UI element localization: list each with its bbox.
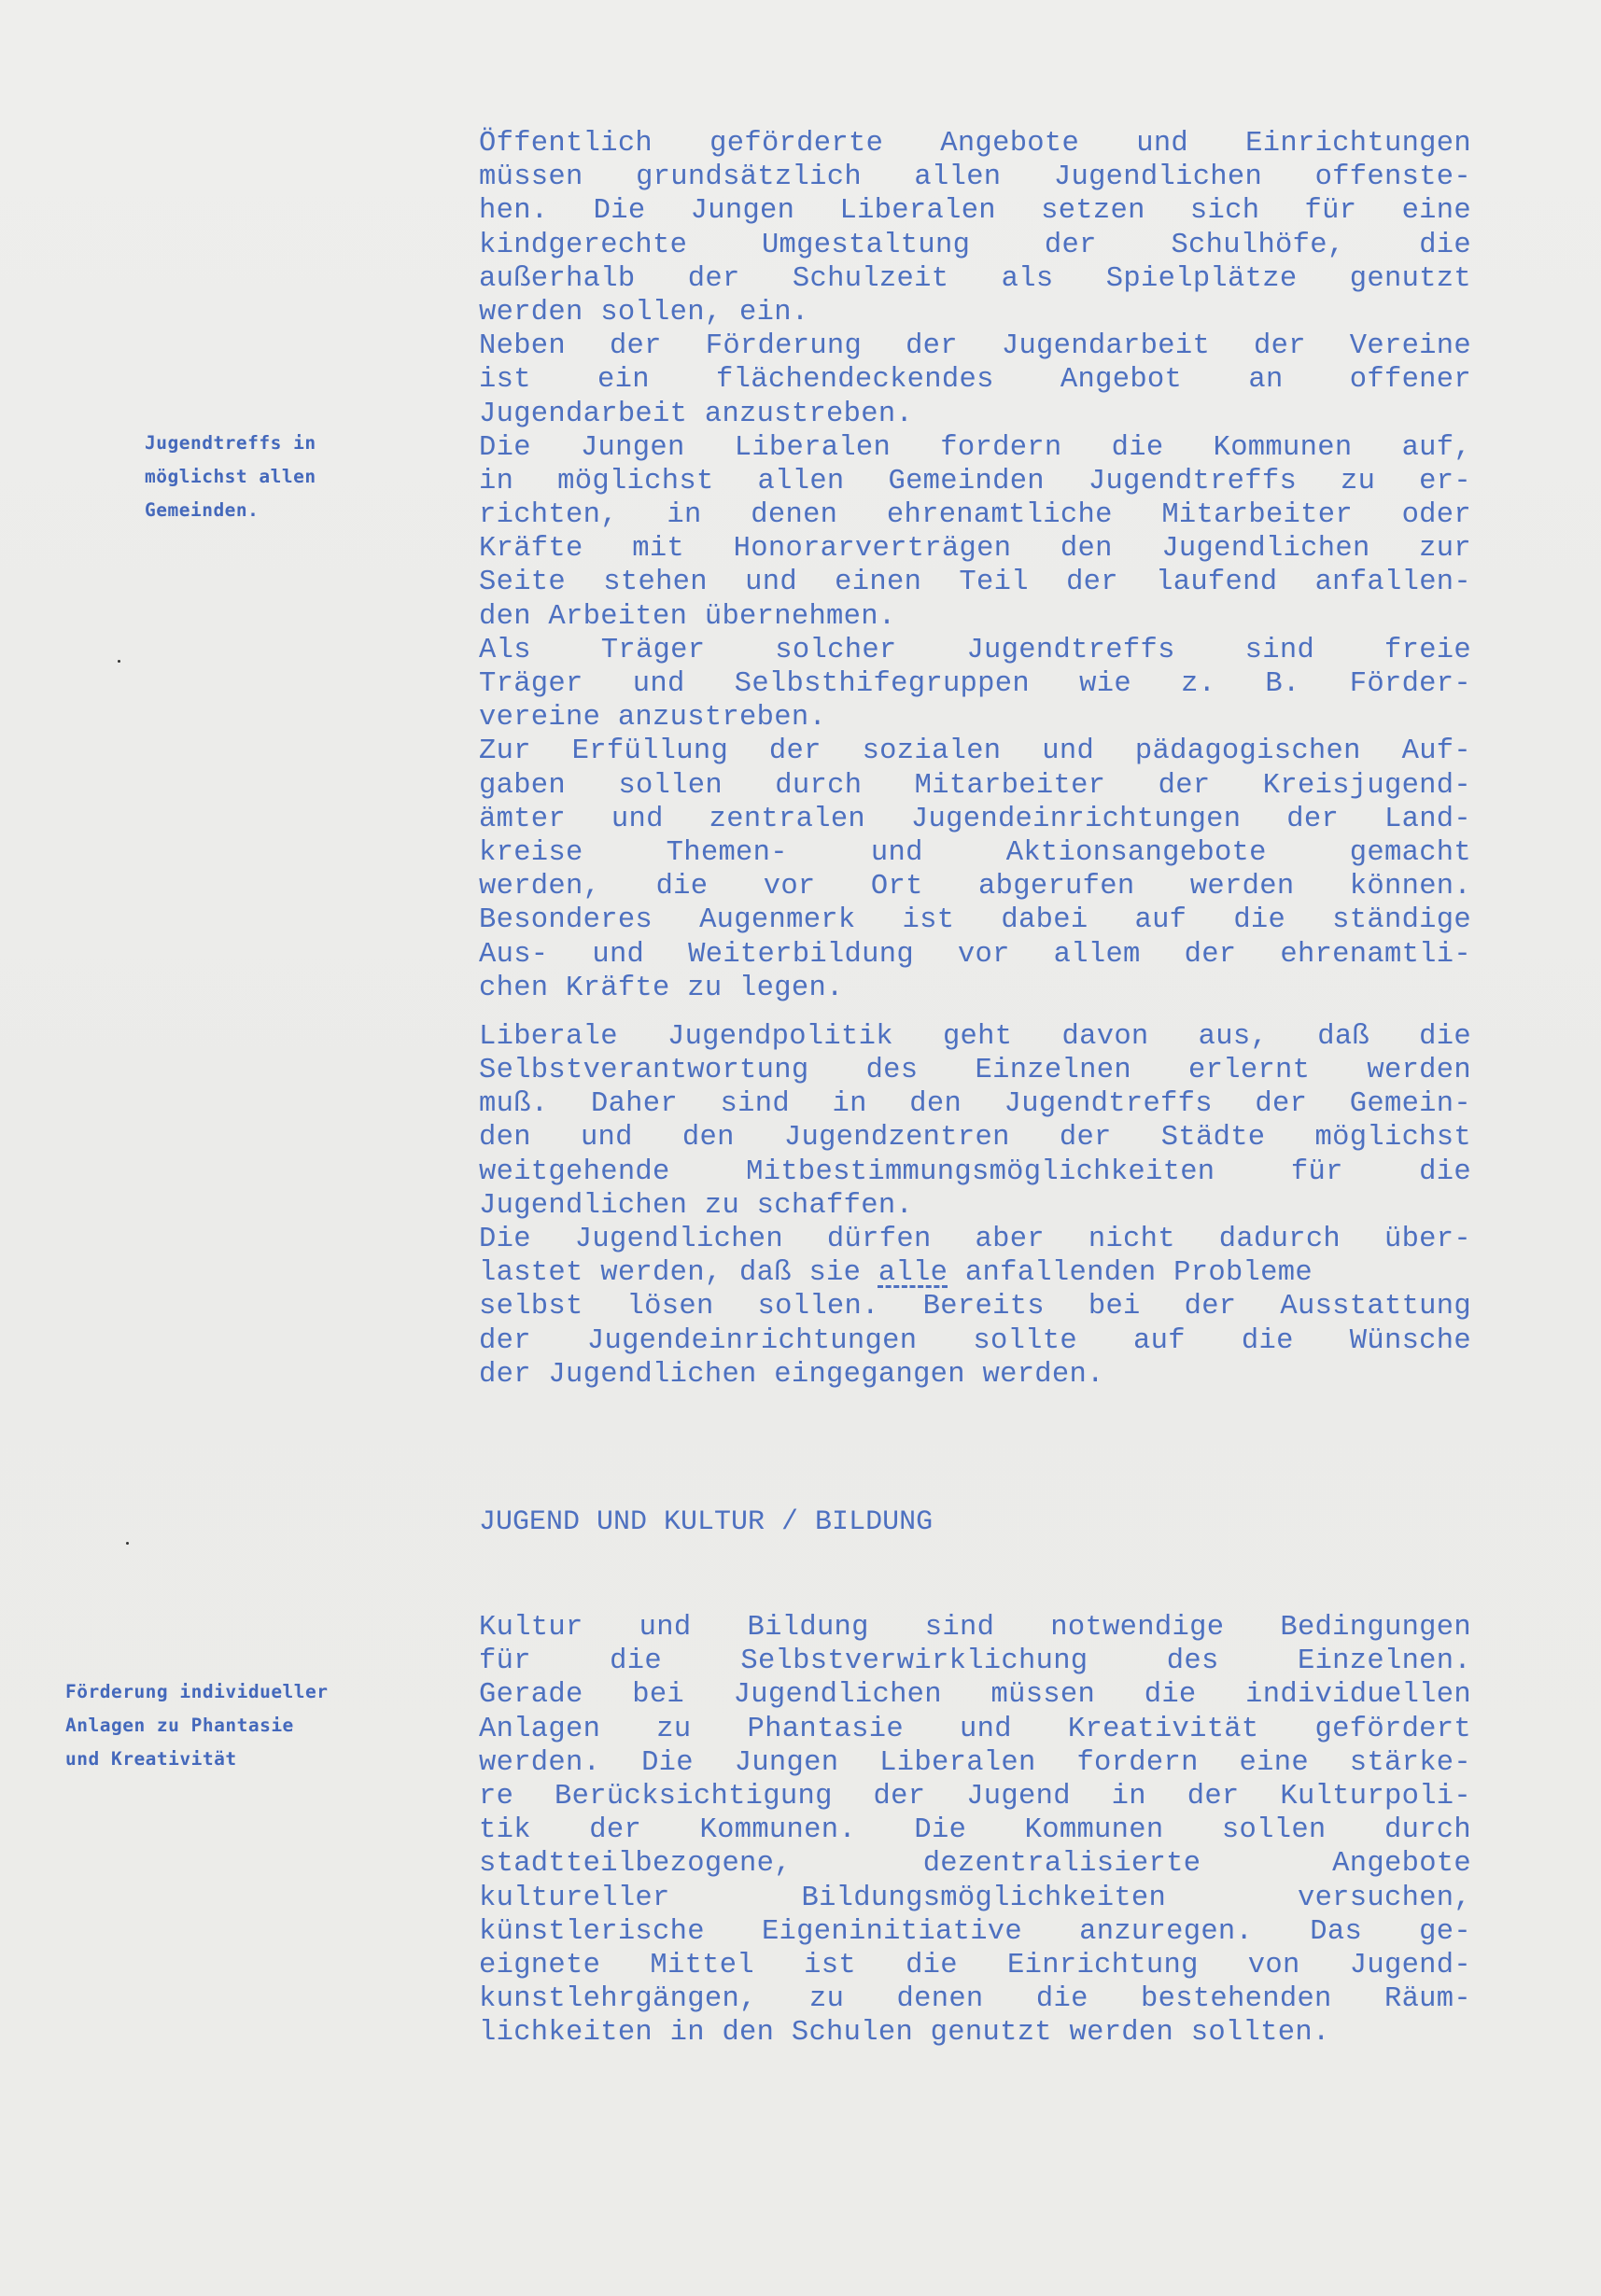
text-line: tik der Kommunen. Die Kommunen sollen du…: [479, 1813, 1471, 1847]
text-line: Neben der Förderung der Jugendarbeit der…: [479, 329, 1471, 363]
margin-note-line: Jugendtreffs in: [145, 432, 316, 454]
text-line: Kräfte mit Honorarverträgen den Jugendli…: [479, 532, 1471, 566]
paragraph-group-1: Öffentlich geförderte Angebote und Einri…: [479, 127, 1471, 1005]
text-line: Aus- und Weiterbildung vor allem der ehr…: [479, 938, 1471, 972]
text-line: werden sollen, ein.: [479, 296, 1471, 329]
text-line: Zur Erfüllung der sozialen und pädagogis…: [479, 735, 1471, 768]
text-line: werden. Die Jungen Liberalen fordern ein…: [479, 1746, 1471, 1780]
margin-note-line: Gemeinden.: [145, 499, 259, 521]
text-line: chen Kräfte zu legen.: [479, 972, 1471, 1005]
underlined-word: alle: [878, 1257, 948, 1289]
margin-note-jugendtreffs: Jugendtreffs in möglichst allen Gemeinde…: [145, 427, 316, 527]
text-line: der Jugendeinrichtungen sollte auf die W…: [479, 1324, 1471, 1358]
text-line: Träger und Selbsthifegruppen wie z. B. F…: [479, 667, 1471, 701]
section-heading: JUGEND UND KULTUR / BILDUNG: [479, 1506, 933, 1538]
text-line: muß. Daher sind in den Jugendtreffs der …: [479, 1087, 1471, 1121]
text-line: Jugendarbeit anzustreben.: [479, 398, 1471, 431]
margin-note-line: Förderung individueller: [65, 1681, 329, 1702]
text-line: kunstlehrgängen, zu denen die bestehende…: [479, 1982, 1471, 2016]
text-fragment: lastet werden, daß sie: [479, 1257, 878, 1289]
text-line: ist ein flächendeckendes Angebot an offe…: [479, 363, 1471, 397]
margin-note-line: und Kreativität: [65, 1748, 237, 1770]
body-text-section1: Öffentlich geförderte Angebote und Einri…: [479, 127, 1471, 1392]
text-line: Seite stehen und einen Teil der laufend …: [479, 566, 1471, 599]
text-line: Die Jugendlichen dürfen aber nicht dadur…: [479, 1223, 1471, 1256]
text-line: außerhalb der Schulzeit als Spielplätze …: [479, 262, 1471, 296]
margin-note-foerderung: Förderung individueller Anlagen zu Phant…: [65, 1675, 329, 1776]
text-line: selbst lösen sollen. Bereits bei der Aus…: [479, 1290, 1471, 1323]
text-line: richten, in denen ehrenamtliche Mitarbei…: [479, 498, 1471, 532]
text-line: Die Jungen Liberalen fordern die Kommune…: [479, 431, 1471, 465]
paper-speck: [118, 660, 120, 663]
text-fragment: anfallenden Probleme: [948, 1257, 1313, 1289]
text-line: den Arbeiten übernehmen.: [479, 600, 1471, 634]
text-line: müssen grundsätzlich allen Jugendlichen …: [479, 161, 1471, 194]
text-line: kultureller Bildungsmöglichkeiten versuc…: [479, 1882, 1471, 1915]
text-line: kindgerechte Umgestaltung der Schulhöfe,…: [479, 229, 1471, 262]
margin-note-line: Anlagen zu Phantasie: [65, 1715, 294, 1736]
text-line: Selbstverantwortung des Einzelnen erlern…: [479, 1054, 1471, 1087]
text-line: Als Träger solcher Jugendtreffs sind fre…: [479, 634, 1471, 667]
text-line: ämter und zentralen Jugendeinrichtungen …: [479, 803, 1471, 836]
text-line: Besonderes Augenmerk ist dabei auf die s…: [479, 903, 1471, 937]
text-line: Öffentlich geförderte Angebote und Einri…: [479, 127, 1471, 161]
text-line: den und den Jugendzentren der Städte mög…: [479, 1121, 1471, 1155]
text-line: re Berücksichtigung der Jugend in der Ku…: [479, 1780, 1471, 1813]
text-line: werden, die vor Ort abgerufen werden kön…: [479, 870, 1471, 903]
text-line: lichkeiten in den Schulen genutzt werden…: [479, 2016, 1471, 2050]
text-line: kreise Themen- und Aktionsangebote gemac…: [479, 836, 1471, 870]
text-line: hen. Die Jungen Liberalen setzen sich fü…: [479, 194, 1471, 228]
text-line: eignete Mittel ist die Einrichtung von J…: [479, 1949, 1471, 1982]
text-line: künstlerische Eigeninitiative anzuregen.…: [479, 1915, 1471, 1949]
text-line: Jugendlichen zu schaffen.: [479, 1189, 1471, 1223]
paragraph-group-2: Liberale Jugendpolitik geht davon aus, d…: [479, 1020, 1471, 1392]
text-line: Kultur und Bildung sind notwendige Bedin…: [479, 1611, 1471, 1645]
paper-speck: [126, 1542, 129, 1545]
text-line: Anlagen zu Phantasie und Kreativität gef…: [479, 1713, 1471, 1746]
text-line: stadtteilbezogene, dezentralisierte Ange…: [479, 1847, 1471, 1881]
text-line-with-emphasis: lastet werden, daß sie alle anfallenden …: [479, 1256, 1471, 1290]
text-line: gaben sollen durch Mitarbeiter der Kreis…: [479, 769, 1471, 803]
text-line: für die Selbstverwirklichung des Einzeln…: [479, 1645, 1471, 1678]
text-line: weitgehende Mitbestimmungsmöglichkeiten …: [479, 1155, 1471, 1189]
text-line: Gerade bei Jugendlichen müssen die indiv…: [479, 1678, 1471, 1712]
margin-note-line: möglichst allen: [145, 466, 316, 487]
text-line: vereine anzustreben.: [479, 701, 1471, 735]
text-line: der Jugendlichen eingegangen werden.: [479, 1358, 1471, 1392]
text-line: in möglichst allen Gemeinden Jugendtreff…: [479, 465, 1471, 498]
text-line: Liberale Jugendpolitik geht davon aus, d…: [479, 1020, 1471, 1054]
body-text-section2: Kultur und Bildung sind notwendige Bedin…: [479, 1611, 1471, 2050]
